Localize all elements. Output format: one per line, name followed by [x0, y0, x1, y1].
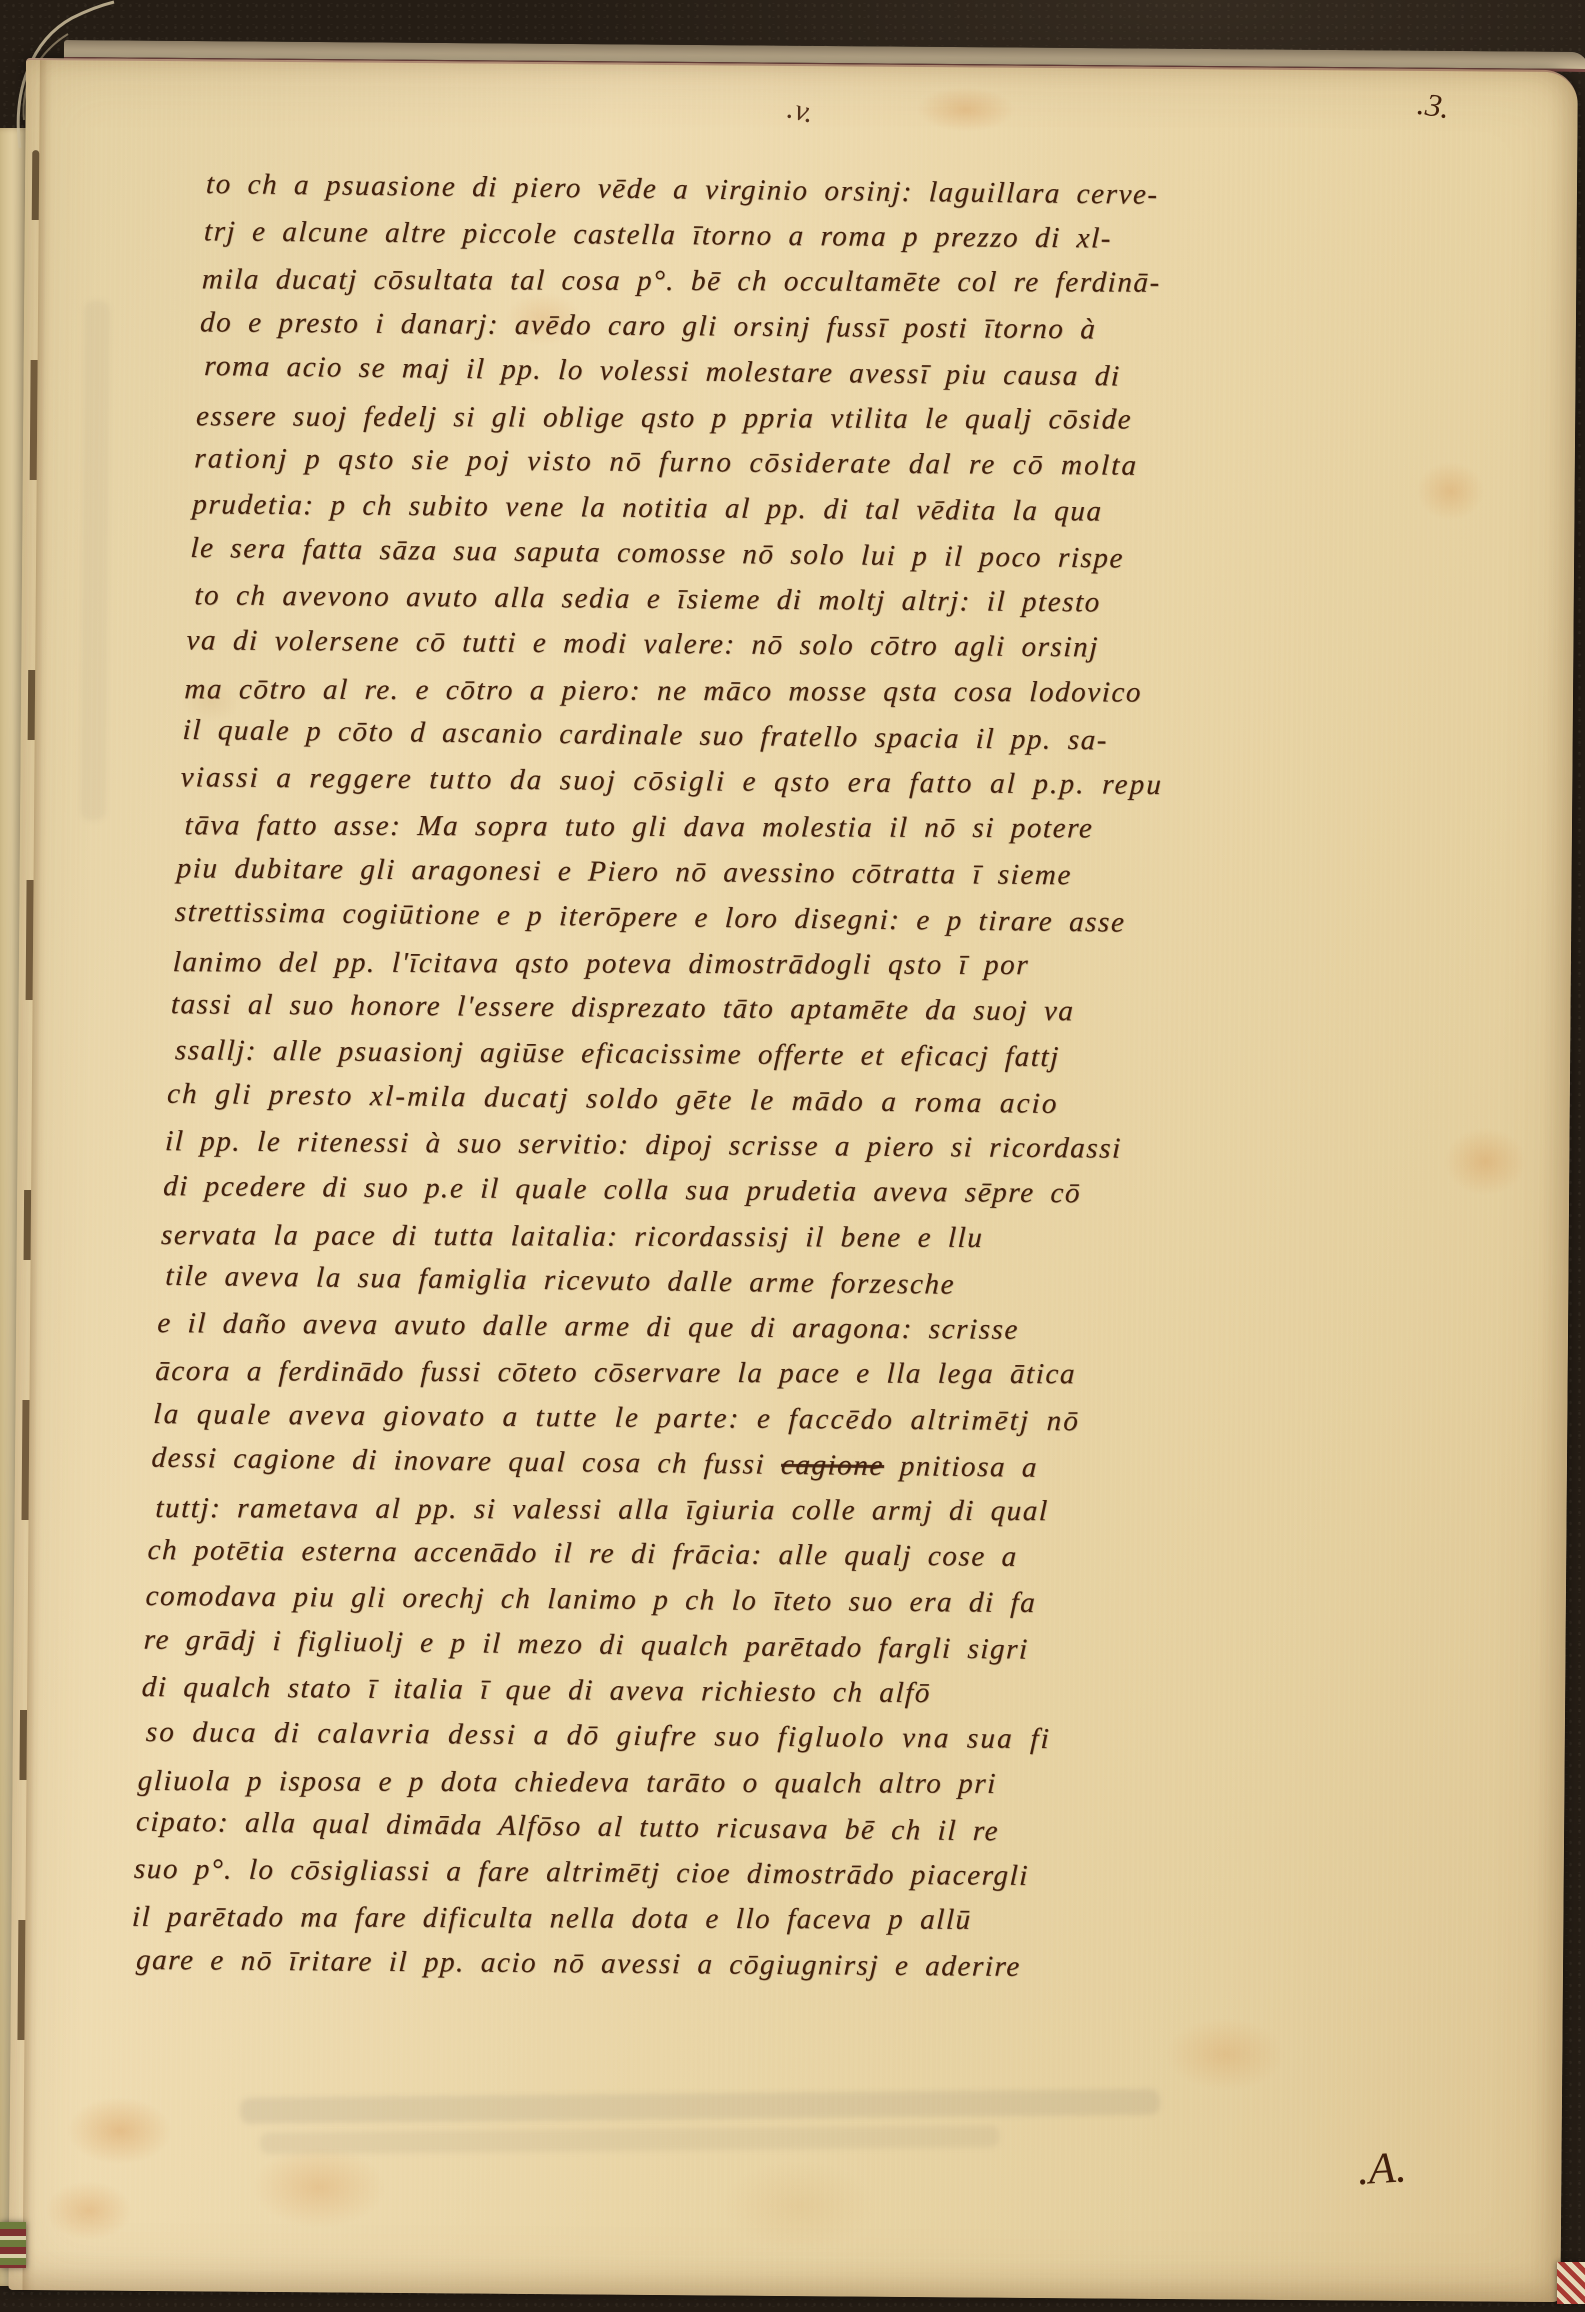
- text-line: so duca di calavria dessi a dō giufre su…: [145, 1710, 1501, 1766]
- text-line: essere suoj fedelj si gli oblige qsto p …: [195, 394, 1557, 444]
- text-line: lanimo del pp. l'īcitava qsto poteva dim…: [172, 940, 1534, 990]
- text-line: va di volersene cō tutti e modi valere: …: [186, 618, 1548, 674]
- text-line: il parētado ma fare dificulta nella dota…: [131, 1895, 1493, 1945]
- folio-number: .3.: [1415, 85, 1452, 126]
- verso-show-through: [80, 300, 110, 820]
- manuscript-page: .v. .3. to ch a psuasione di piero vēde …: [8, 58, 1577, 2302]
- verso-show-through: [240, 2089, 1160, 2124]
- text-line: gare e nō īritare il pp. acio nō avessi …: [135, 1937, 1491, 1993]
- signature-mark: .A.: [1356, 2141, 1408, 2195]
- text-line: tāva fatto asse: Ma sopra tuto gli dava …: [184, 803, 1540, 853]
- quire-mark: .v.: [784, 92, 817, 131]
- verso-show-through: [260, 2125, 1000, 2154]
- text-line: di pcedere di suo p.e il quale colla sua…: [162, 1164, 1524, 1220]
- endband-right: [1557, 2262, 1585, 2304]
- text-line: ācora a ferdinādo fussi cōteto cōservare…: [154, 1349, 1516, 1399]
- endband-left: [0, 2222, 26, 2268]
- text-line: mila ducatj cōsultata tal cosa p°. bē ch…: [201, 257, 1563, 307]
- manuscript-text: to ch a psuasione di piero vēde a virgin…: [129, 163, 1567, 1993]
- text-line: tuttj: rametava al pp. si valessi alla ī…: [155, 1486, 1511, 1536]
